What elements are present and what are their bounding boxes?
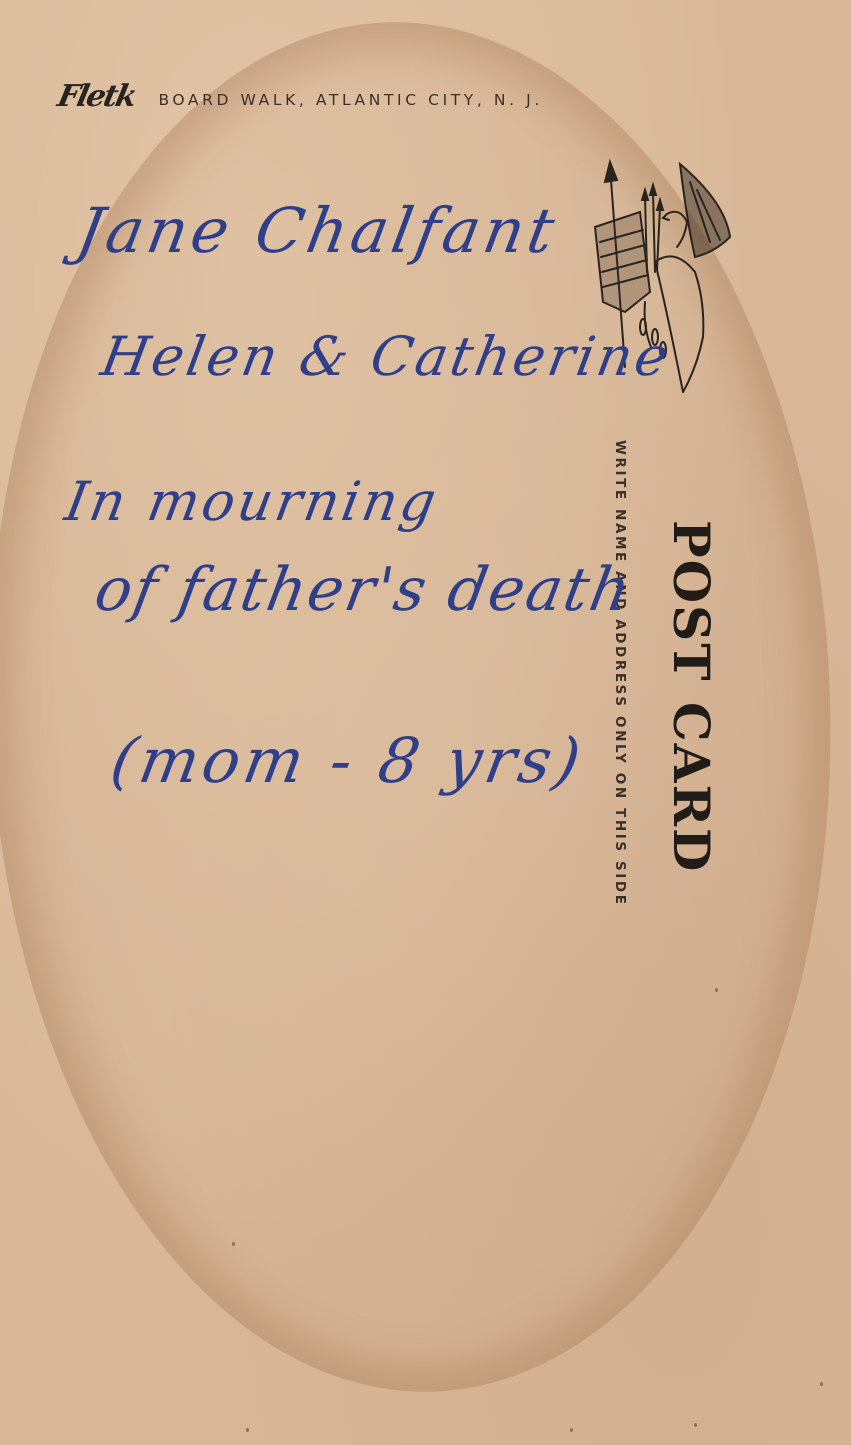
paper-speck bbox=[820, 1382, 823, 1386]
paper-speck bbox=[694, 1423, 697, 1427]
paper-speck bbox=[570, 1428, 573, 1432]
handwritten-line-mourning: In mourning bbox=[61, 475, 443, 529]
handwritten-line-fathers-death: of father's death bbox=[91, 560, 637, 620]
publisher-address: BOARD WALK, ATLANTIC CITY, N. J. bbox=[158, 93, 542, 113]
paper-speck bbox=[232, 1242, 235, 1246]
handwritten-line-daughters: Helen & Catherine bbox=[97, 330, 675, 384]
post-card-title: POST CARD bbox=[666, 520, 716, 873]
publisher-signature: Fletk bbox=[55, 82, 138, 112]
publisher-header: Fletk BOARD WALK, ATLANTIC CITY, N. J. bbox=[58, 82, 543, 112]
address-instruction: WRITE NAME AND ADDRESS ONLY ON THIS SIDE bbox=[612, 440, 628, 907]
paper-speck bbox=[246, 1428, 249, 1432]
handwritten-line-mom-age: (mom - 8 yrs) bbox=[107, 730, 589, 792]
paper-speck bbox=[715, 988, 718, 992]
handwritten-line-name: Jane Chalfant bbox=[73, 200, 563, 262]
postcard: Fletk BOARD WALK, ATLANTIC CITY, N. J. bbox=[0, 0, 851, 1445]
